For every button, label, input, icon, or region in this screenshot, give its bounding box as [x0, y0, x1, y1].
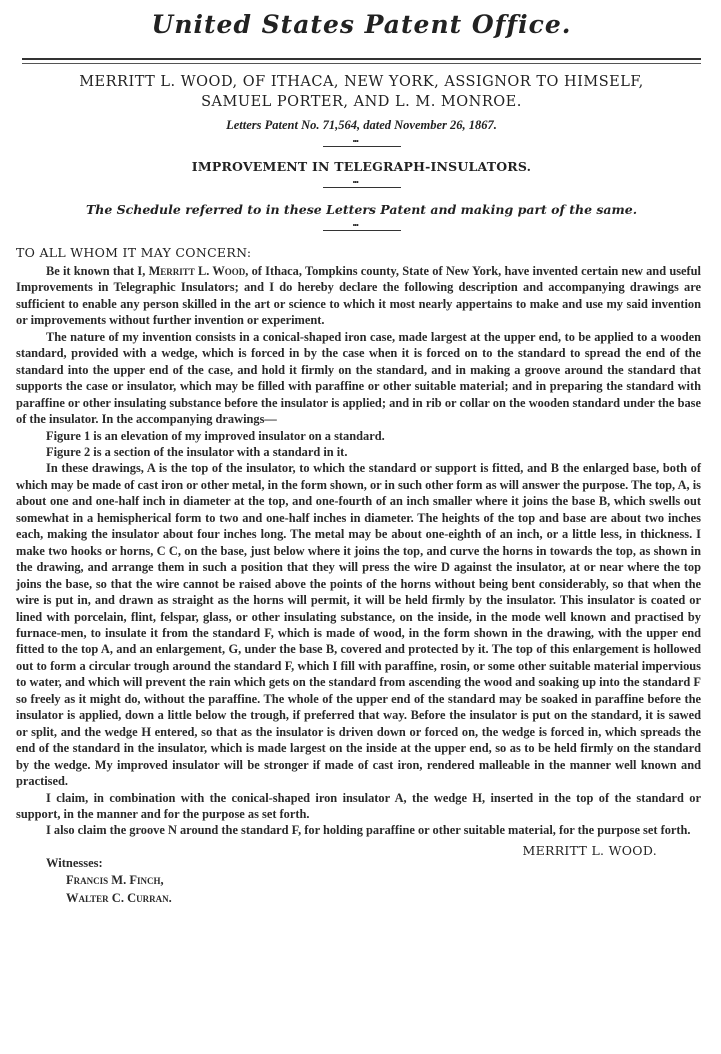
inventor-name: Merritt L. Wood	[149, 264, 246, 278]
paragraph-figure-2: Figure 2 is a section of the insulator w…	[16, 444, 701, 460]
ornament-divider	[323, 227, 401, 233]
witness-name: Walter C. Curran.	[66, 889, 707, 907]
specification-body: Be it known that I, Merritt L. Wood, of …	[16, 263, 707, 839]
patent-page: United States Patent Office. MERRITT L. …	[0, 0, 721, 1054]
patent-title: IMPROVEMENT IN TELEGRAPH-INSULATORS.	[16, 159, 707, 174]
paragraph-nature: The nature of my invention consists in a…	[16, 329, 701, 428]
assignee-heading: MERRITT L. WOOD, OF ITHACA, NEW YORK, AS…	[16, 72, 707, 112]
intro-text: Be it known that I,	[46, 264, 149, 278]
office-heading: United States Patent Office.	[16, 0, 707, 50]
double-rule-divider	[22, 58, 701, 64]
paragraph-description: In these drawings, A is the top of the i…	[16, 460, 701, 789]
intro-paragraph: Be it known that I, Merritt L. Wood, of …	[16, 263, 701, 329]
paragraph-claim-1: I claim, in combination with the conical…	[16, 790, 701, 823]
ornament-divider	[323, 184, 401, 190]
paragraph-figure-1: Figure 1 is an elevation of my improved …	[16, 428, 701, 444]
letters-patent-line: Letters Patent No. 71,564, dated Novembe…	[16, 118, 707, 133]
paragraph-claim-2: I also claim the groove N around the sta…	[16, 822, 701, 838]
witness-name: Francis M. Finch,	[66, 871, 707, 889]
salutation: TO ALL WHOM IT MAY CONCERN:	[16, 245, 707, 260]
assignee-line-1: MERRITT L. WOOD, OF ITHACA, NEW YORK, AS…	[16, 72, 707, 92]
assignee-line-2: SAMUEL PORTER, AND L. M. MONROE.	[16, 92, 707, 112]
schedule-line: The Schedule referred to in these Letter…	[16, 202, 707, 217]
witnesses-label: Witnesses:	[46, 856, 707, 871]
ornament-divider	[323, 143, 401, 149]
